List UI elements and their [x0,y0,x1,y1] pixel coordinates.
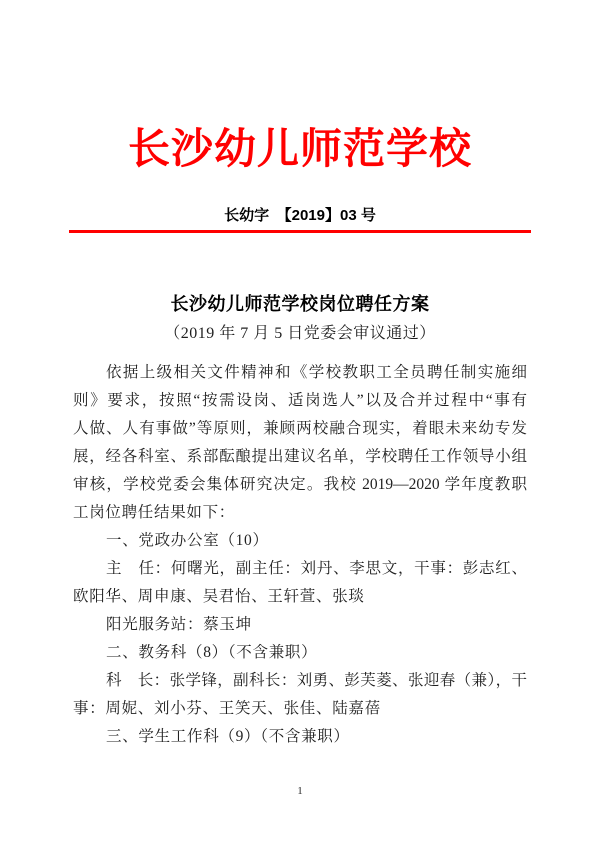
letterhead-divider [69,230,531,233]
doc-reference-number: 长幼字 【2019】03 号 [0,208,600,224]
body-line: 依据上级相关文件精神和《学校教职工全员聘任制实施细 [73,359,527,387]
letterhead-school-name: 长沙幼儿师范学校 [0,0,600,172]
body-line: 工岗位聘任结果如下： [73,499,527,527]
body-line: 阳光服务站：蔡玉坤 [73,611,527,639]
body-line: 欧阳华、周申康、吴君怡、王轩萱、张琰 [73,583,527,611]
document-subtitle: （2019 年 7 月 5 日党委会审议通过） [0,324,600,344]
body-line: 一、党政办公室（10） [73,527,527,555]
body-line: 审核，学校党委会集体研究决定。我校 2019—2020 学年度教职 [73,471,527,499]
body-line: 三、学生工作科（9）（不含兼职） [73,723,527,751]
document-title: 长沙幼儿师范学校岗位聘任方案 [0,293,600,315]
body-line: 展，经各科室、系部酝酿提出建议名单，学校聘任工作领导小组 [73,443,527,471]
body-line: 二、教务科（8）（不含兼职） [73,639,527,667]
body-line: 主 任：何曙光，副主任：刘丹、李思文，干事：彭志红、 [73,555,527,583]
body-line: 则》要求，按照“按需设岗、适岗选人”以及合并过程中“事有 [73,387,527,415]
document-page: 长沙幼儿师范学校 长幼字 【2019】03 号 长沙幼儿师范学校岗位聘任方案 （… [0,0,600,849]
body-line: 科 长：张学锋，副科长：刘勇、彭芙菱、张迎春（兼），干 [73,667,527,695]
body-line: 人做、人有事做”等原则，兼顾两校融合现实，着眼未来幼专发 [73,415,527,443]
body-line: 事：周妮、刘小芬、王笑天、张佳、陆嘉蓓 [73,695,527,723]
page-number: 1 [0,785,600,798]
document-body: 依据上级相关文件精神和《学校教职工全员聘任制实施细则》要求，按照“按需设岗、适岗… [73,359,527,751]
